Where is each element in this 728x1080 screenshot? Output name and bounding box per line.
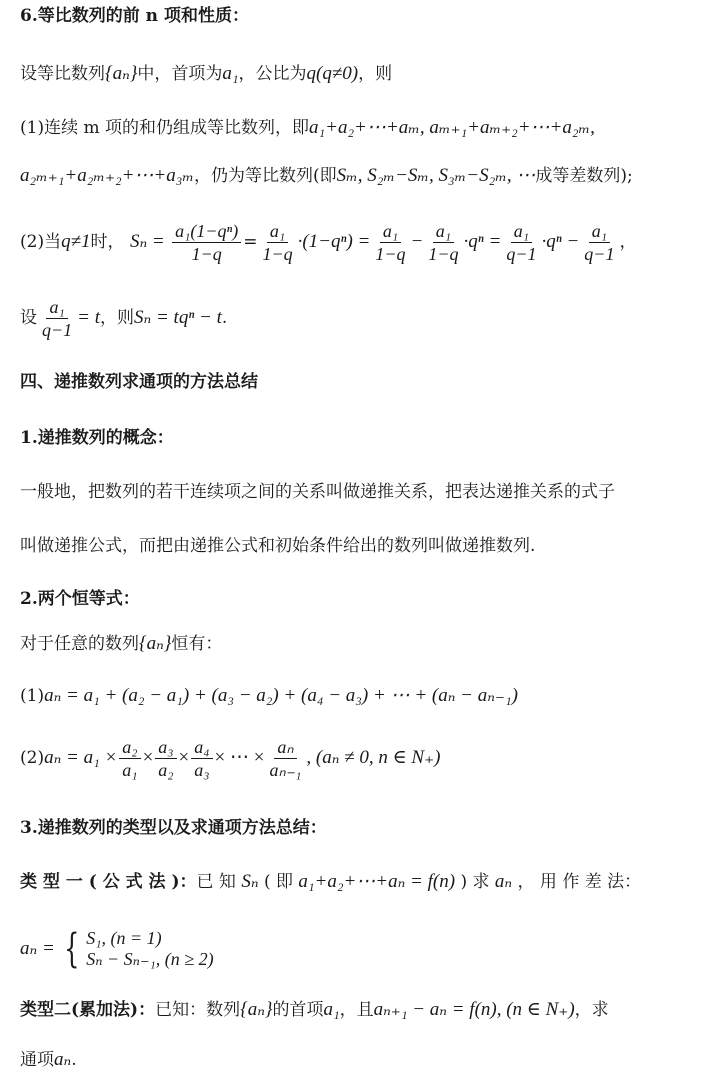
fraction: a₄a₃ [191, 738, 212, 779]
section-6-title: 6.等比数列的前 n 项和性质： [20, 8, 249, 25]
intro-text: 中，首项为 [137, 64, 222, 84]
type-1-label: 类 型 一 ( 公 式 法 )： [20, 872, 197, 892]
fraction: a₃a₂ [155, 738, 176, 779]
intro-text: 设等比数列 [20, 64, 105, 84]
subsection-2-title: 2.两个恒等式： [20, 591, 140, 608]
substitution-line: 设a₁q−1= t，则Sₙ = tqⁿ − t. [20, 298, 227, 339]
left-brace: { [64, 929, 79, 969]
sequence-symbol: {aₙ} [139, 633, 171, 654]
first-term-symbol: a₁ [222, 63, 238, 84]
intro-text: ，公比为 [239, 64, 307, 84]
property-1-label: (1)连续 m 项的和仍组成等比数列，即 [20, 118, 309, 138]
property-2-text: 时， [91, 232, 125, 252]
type-2-label: 类型二(累加法)： [20, 1000, 155, 1020]
identity-2-label: (2) [20, 748, 44, 768]
section-6-intro: 设等比数列{aₙ}中，首项为a₁，公比为q(q≠0)，则 [20, 64, 392, 83]
type-2-line-2: 通项aₙ. [20, 1050, 77, 1069]
fraction: a₁1−q [425, 222, 461, 263]
fraction: a₁1−q [372, 222, 408, 263]
fraction: a₁q−1 [503, 222, 539, 263]
property-1-sums: Sₘ, S₂ₘ−Sₘ, S₃ₘ−S₂ₘ, ⋯ [337, 165, 536, 186]
ratio-symbol: q(q≠0) [307, 63, 359, 84]
identity-1-label: (1) [20, 686, 44, 706]
identity-1-expression: aₙ = a₁ + (a₂ − a₁) + (a₃ − a₂) + (a₄ − … [44, 685, 518, 706]
fraction: a₂a₁ [119, 738, 140, 779]
condition: q≠1 [61, 231, 90, 252]
property-1-text: ，仍为等比数列(即 [194, 166, 337, 186]
property-1-expression: a₂ₘ₊₁+a₂ₘ₊₂+⋯+a₃ₘ [20, 165, 194, 186]
identities-intro: 对于任意的数列{aₙ}恒有： [20, 634, 222, 653]
property-1-text: 成等差数列); [535, 166, 632, 186]
fraction: a₁(1−qⁿ)1−q [172, 222, 241, 263]
property-1-expression: a₁+a₂+⋯+aₘ, aₘ₊₁+aₘ₊₂+⋯+a₂ₘ, [309, 117, 595, 138]
sum-formula: Sₙ = tqⁿ − t [134, 307, 222, 328]
fraction: aₙaₙ₋₁ [266, 738, 304, 779]
property-2-formula: (2)当q≠1时， Sₙ = a₁(1−qⁿ)1−q=a₁1−q·(1−qⁿ) … [20, 222, 636, 263]
definition-text-2: 叫做递推公式，而把由递推公式和初始条件给出的数列叫做递推数列. [20, 538, 535, 555]
intro-text: ，则 [358, 64, 392, 84]
property-2-label: (2)当 [20, 232, 61, 252]
fraction: a₁q−1 [39, 298, 75, 339]
subsection-1-title: 1.递推数列的概念： [20, 430, 174, 447]
identity-1: (1)aₙ = a₁ + (a₂ − a₁) + (a₃ − a₂) + (a₄… [20, 686, 518, 705]
section-4-title: 四、递推数列求通项的方法总结 [20, 374, 258, 391]
fraction: a₁1−q [259, 222, 295, 263]
type-2-line: 类型二(累加法)：已知：数列{aₙ}的首项a₁，且aₙ₊₁ − aₙ = f(n… [20, 1000, 609, 1019]
fraction: a₁q−1 [581, 222, 617, 263]
definition-text-1: 一般地，把数列的若干连续项之间的关系叫做递推关系，把表达递推关系的式子 [20, 484, 615, 501]
sequence-symbol: {aₙ} [105, 63, 137, 84]
sum-symbol: Sₙ = [130, 231, 165, 252]
identity-2-condition: , (aₙ ≠ 0, n ∈ N₊) [306, 747, 440, 768]
property-1-line-2: a₂ₘ₊₁+a₂ₘ₊₂+⋯+a₃ₘ，仍为等比数列(即Sₘ, S₂ₘ−Sₘ, S₃… [20, 166, 633, 185]
property-1-line-1: (1)连续 m 项的和仍组成等比数列，即a₁+a₂+⋯+aₘ, aₘ₊₁+aₘ₊… [20, 118, 595, 137]
subsection-3-title: 3.递推数列的类型以及求通项方法总结： [20, 820, 327, 837]
case-2: Sₙ − Sₙ₋₁, (n ≥ 2) [86, 949, 213, 970]
case-1: S₁, (n = 1) [86, 928, 213, 949]
identity-2: (2)aₙ = a₁ ×a₂a₁×a₃a₂×a₄a₃× ⋯ ×aₙaₙ₋₁, (… [20, 738, 440, 779]
type-1-line: 类 型 一 ( 公 式 法 )：已 知 Sₙ ( 即 a₁+a₂+⋯+aₙ = … [20, 872, 641, 891]
piecewise-formula: aₙ = { S₁, (n = 1) Sₙ − Sₙ₋₁, (n ≥ 2) [20, 928, 214, 969]
